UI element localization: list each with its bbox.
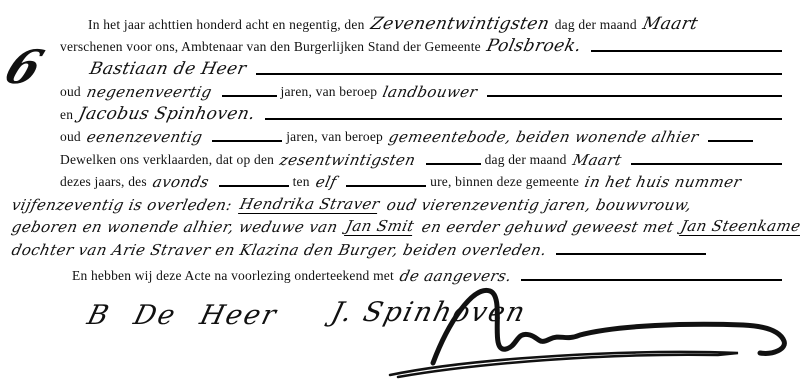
handwritten-text: en eerder gehuwd geweest met <box>420 218 675 236</box>
handwritten-text: dochter van Arie Straver en Klazina den … <box>10 241 548 259</box>
printed-text: In het jaar achttien honderd acht en neg… <box>88 17 365 33</box>
witness1-signature: B De Heer <box>84 300 281 331</box>
printed-text: Dewelken ons verklaarden, dat op den <box>60 152 274 168</box>
handwritten-text: negenenveertig <box>85 83 213 101</box>
filler-rule <box>631 163 782 165</box>
handwritten-text: Hendrika Straver <box>238 195 381 214</box>
handwritten-text: Maart <box>571 151 623 169</box>
registrar-signature-flourish <box>388 283 798 381</box>
printed-text: jaren, van beroep <box>281 84 378 100</box>
handwritten-text: landbouwer <box>381 83 479 101</box>
document-line: In het jaar achttien honderd acht en neg… <box>0 12 786 35</box>
filler-rule <box>708 140 753 142</box>
witness2-signature: J. Spinhoven <box>328 297 530 328</box>
filler-rule <box>521 279 782 281</box>
death-certificate-page: 6 In het jaar achttien honderd acht en n… <box>0 0 800 383</box>
filler-rule <box>212 140 282 142</box>
document-line: En hebben wij deze Acte na voorlezing on… <box>0 264 786 287</box>
document-line: Bastiaan de Heer <box>0 57 786 80</box>
printed-text: jaren, van beroep <box>286 129 383 145</box>
printed-text: en <box>60 107 73 123</box>
filler-rule <box>265 118 782 120</box>
handwritten-text: eenenzeventig <box>85 128 204 146</box>
printed-text: oud <box>60 84 81 100</box>
filler-rule <box>487 95 782 97</box>
handwritten-text: Maart <box>641 14 700 34</box>
handwritten-text: oud vierenzeventig jaren, bouwvrouw, <box>385 196 693 214</box>
handwritten-text: Jan Steenkamer <box>679 217 800 236</box>
printed-text: ure, binnen deze gemeente <box>430 174 579 190</box>
handwritten-text: avonds <box>151 173 211 191</box>
filler-rule <box>256 73 782 75</box>
document-line: verschenen voor ons, Ambtenaar van den B… <box>0 35 786 58</box>
filler-rule <box>591 50 782 52</box>
printed-text: dag der maand <box>485 152 567 168</box>
document-line: geboren en wonende alhier, weduwe vanJan… <box>0 215 786 238</box>
printed-text: oud <box>60 129 81 145</box>
printed-text: dag der maand <box>555 17 637 33</box>
filler-rule <box>346 185 426 187</box>
filler-rule <box>556 253 706 255</box>
handwritten-text: in het huis nummer <box>583 173 743 191</box>
handwritten-text: Jacobus Spinhoven. <box>77 104 257 124</box>
document-line: oudnegenenveertigjaren, van beroeplandbo… <box>0 80 786 103</box>
handwritten-text: de aangevers. <box>398 267 513 285</box>
document-line: dezes jaars, desavondstenelfure, binnen … <box>0 170 786 193</box>
handwritten-text: elf <box>314 173 338 191</box>
certificate-text-block: In het jaar achttien honderd acht en neg… <box>0 12 800 286</box>
document-line: oudeenenzeventigjaren, van beroepgemeent… <box>0 125 786 148</box>
filler-rule <box>219 185 289 187</box>
printed-text: En hebben wij deze Acte na voorlezing on… <box>72 268 394 284</box>
handwritten-text: Polsbroek. <box>485 36 583 56</box>
handwritten-text: Jan Smit <box>344 217 416 236</box>
printed-text: ten <box>293 174 310 190</box>
printed-text: verschenen voor ons, Ambtenaar van den B… <box>60 39 481 55</box>
document-line: Dewelken ons verklaarden, dat op denzese… <box>0 147 786 170</box>
handwritten-text: gemeentebode, beiden wonende alhier <box>387 128 700 146</box>
document-line: dochter van Arie Straver en Klazina den … <box>0 237 786 260</box>
printed-text: dezes jaars, des <box>60 174 147 190</box>
handwritten-text: Zevenentwintigsten <box>368 14 550 34</box>
handwritten-text: vijfenzeventig is overleden: <box>10 196 234 214</box>
handwritten-text: geboren en wonende alhier, weduwe van <box>10 218 340 236</box>
document-line: vijfenzeventig is overleden:Hendrika Str… <box>0 192 786 215</box>
handwritten-text: zesentwintigsten <box>278 151 417 169</box>
filler-rule <box>222 95 277 97</box>
handwritten-text: Bastiaan de Heer <box>88 59 248 79</box>
filler-rule <box>426 163 481 165</box>
document-line: enJacobus Spinhoven. <box>0 102 786 125</box>
